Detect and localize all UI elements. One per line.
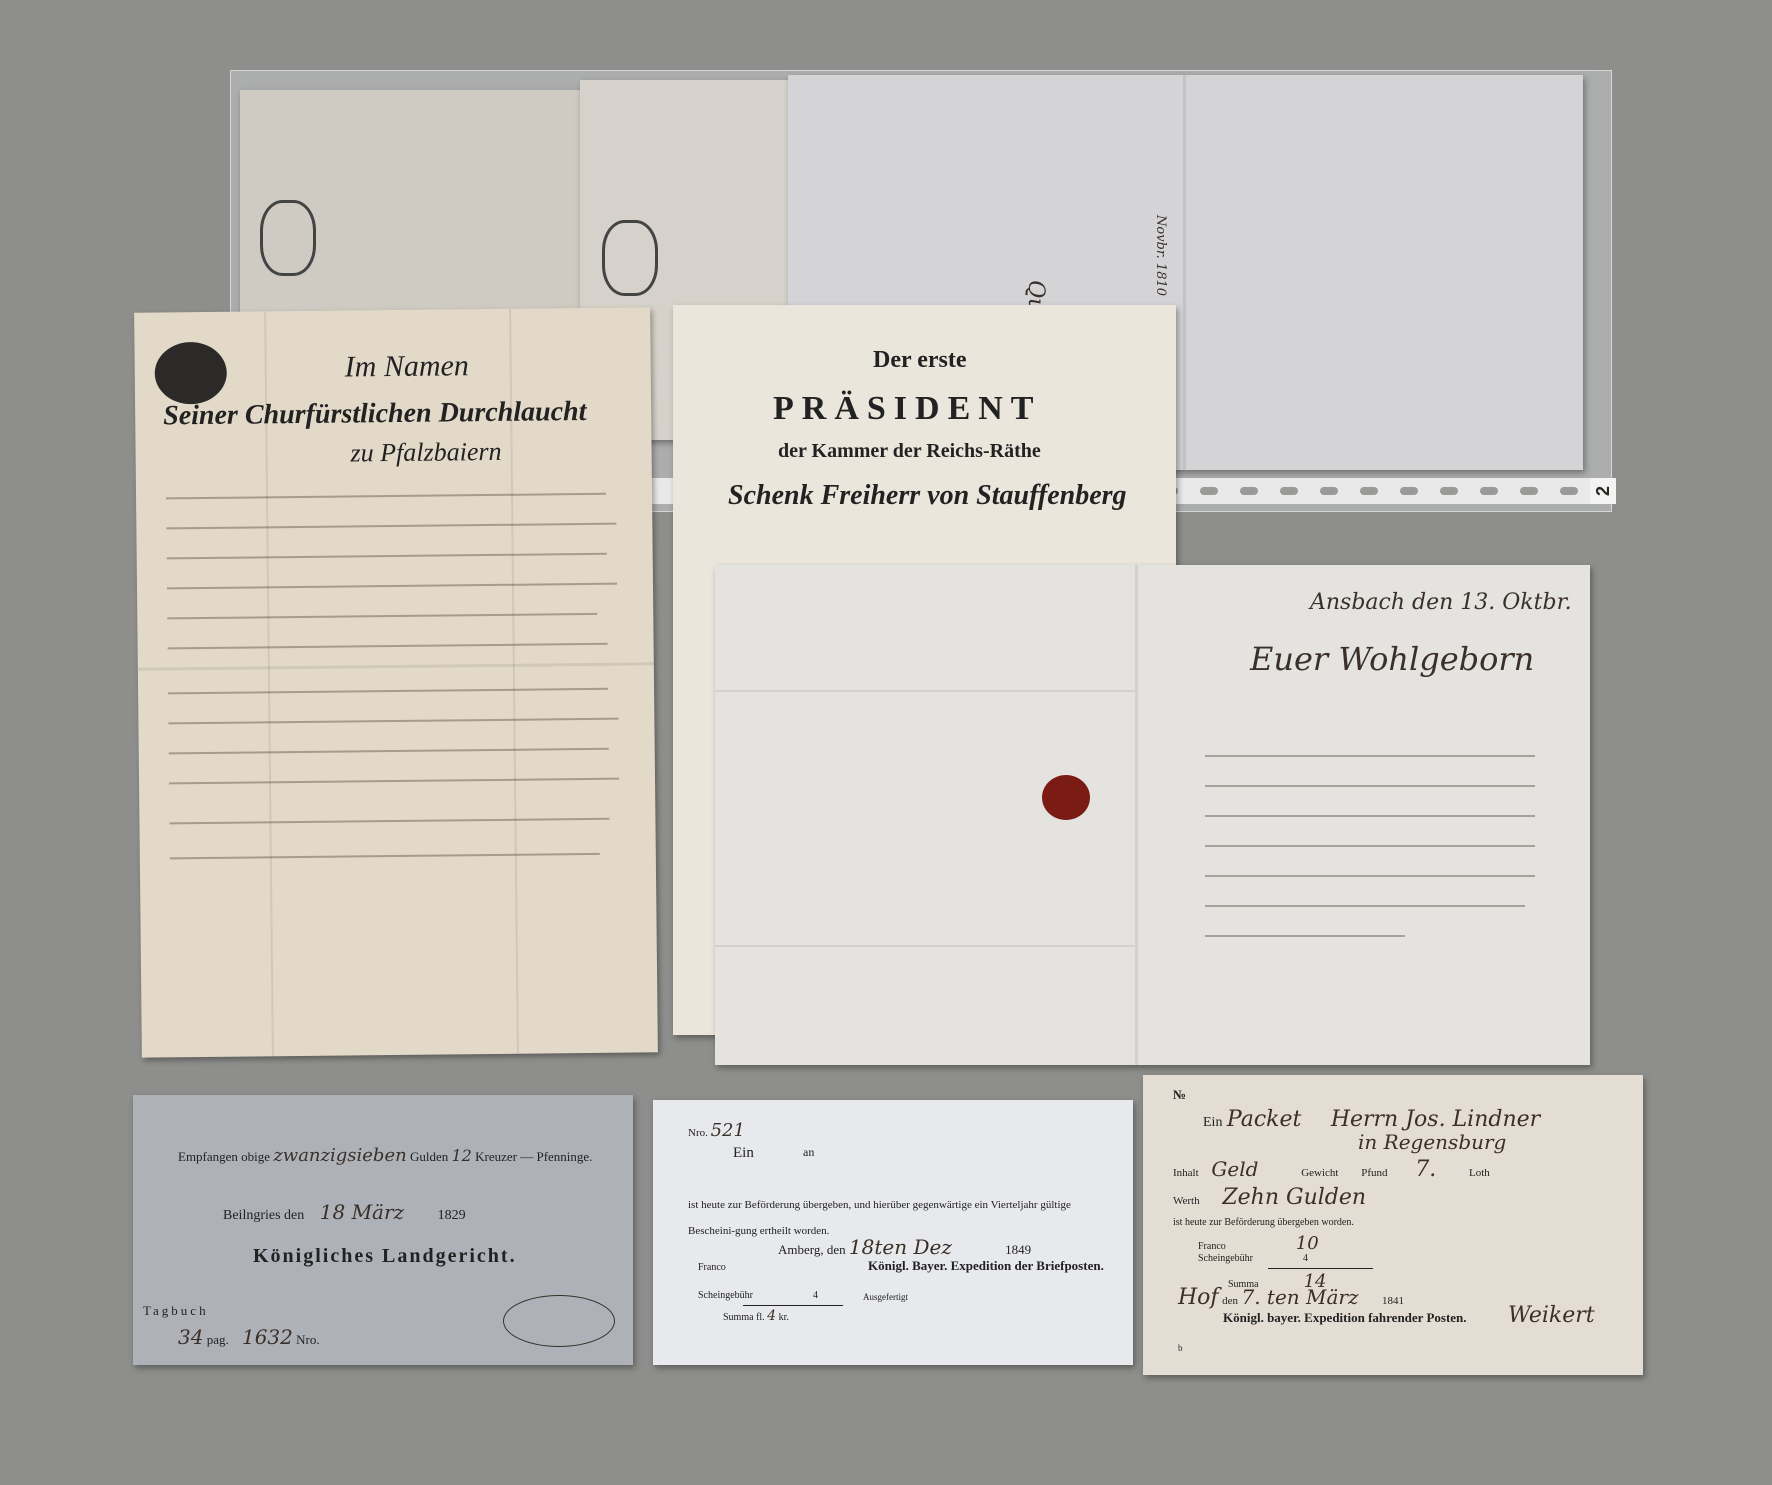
signature-flourish: [503, 1295, 615, 1347]
stamp-icon: [260, 200, 316, 276]
fahrpost-receipt: № Ein Packet Herrn Jos. Lindner in Regen…: [1143, 1075, 1643, 1375]
wax-seal: [1042, 775, 1090, 820]
document-top-left: [240, 90, 590, 330]
briefpost-receipt: Nro. 521 Ein an ist heute zur Beförderun…: [653, 1100, 1133, 1365]
churfuerst-decree: Im Namen Seiner Churfürstlichen Durchlau…: [134, 307, 658, 1057]
ruler-marker: 2: [1590, 478, 1616, 504]
coat-of-arms-seal-icon: [154, 342, 227, 405]
landgericht-receipt: Empfangen obige zwanzigsieben Gulden 12 …: [133, 1095, 633, 1365]
stamp-icon: [602, 220, 658, 296]
letter-with-wax-seal: Ansbach den 13. Oktbr. Euer Wohlgeborn: [715, 565, 1590, 1065]
